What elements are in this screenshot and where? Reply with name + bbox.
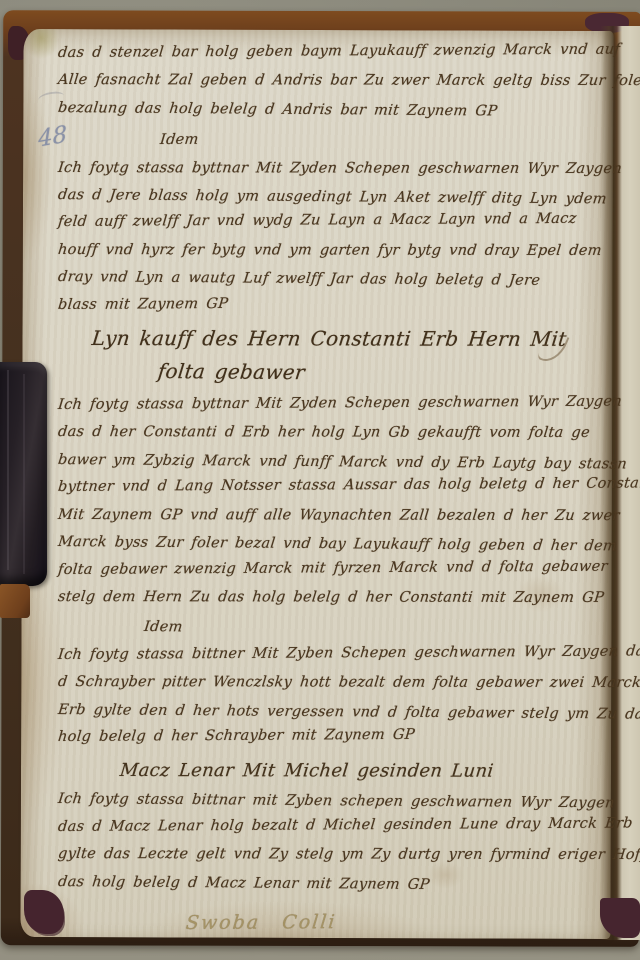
text-line: blass mit Zaynem GP (57, 288, 594, 319)
signature: Swoba Colli (185, 905, 594, 937)
text-line: das d Macz Lenar holg bezalt d Michel ge… (57, 810, 594, 841)
text-line: Ich foytg stassa byttnar Mit Zyden Schep… (57, 155, 594, 183)
text-line: Ich foytg stassa byttnar Mit Zyden Schep… (57, 389, 594, 420)
text-line: Ich foytg stassa bittner Mit Zyben Schep… (57, 638, 594, 669)
text-line: gylte das Leczte gelt vnd Zy stelg ym Zy… (57, 841, 594, 869)
text-line: byttner vnd d Lang Notsser stassa Aussar… (57, 471, 594, 502)
text-line: houff vnd hyrz fer bytg vnd ym garten fy… (57, 237, 594, 265)
entry-heading-continued: folta gebawer (156, 355, 594, 390)
cover-edge-fragment (0, 584, 30, 618)
text-line: d Schrayber pitter Wenczlsky hott bezalt… (57, 669, 594, 697)
text-line: stelg dem Hern Zu das holg belelg d her … (57, 584, 594, 612)
text-line: das holg belelg d Macz Lenar mit Zaynem … (56, 869, 593, 901)
text-line: das d her Constanti d Erb her holg Lyn G… (57, 419, 594, 447)
text-line: das d stenzel bar holg geben baym Layuka… (57, 37, 594, 68)
text-line: folta gebawer zwenzig Marck mit fyrzen M… (57, 553, 594, 584)
section-label-idem: Idem (159, 125, 594, 155)
handwritten-text-block: das d stenzel bar holg geben baym Layuka… (58, 40, 592, 938)
text-line: Alle fasnacht Zal geben d Andris bar Zu … (57, 67, 594, 95)
entry-heading: Lyn kauff des Hern Constanti Erb Hern Mi… (90, 321, 594, 356)
manuscript-photo: 48 das d stenzel bar holg geben baym Lay… (0, 0, 640, 960)
text-line: feld auff zwelff Jar vnd wydg Zu Layn a … (57, 206, 594, 237)
text-line: bezalung das holg belelg d Andris bar mi… (56, 95, 593, 127)
leather-clasp-strap (0, 362, 47, 586)
text-line: holg belelg d her Schrayber mit Zaynem G… (57, 721, 594, 752)
text-line: Mit Zaynem GP vnd auff alle Waynachten Z… (57, 502, 594, 530)
entry-heading: Macz Lenar Mit Michel gesinden Luni (118, 755, 593, 787)
